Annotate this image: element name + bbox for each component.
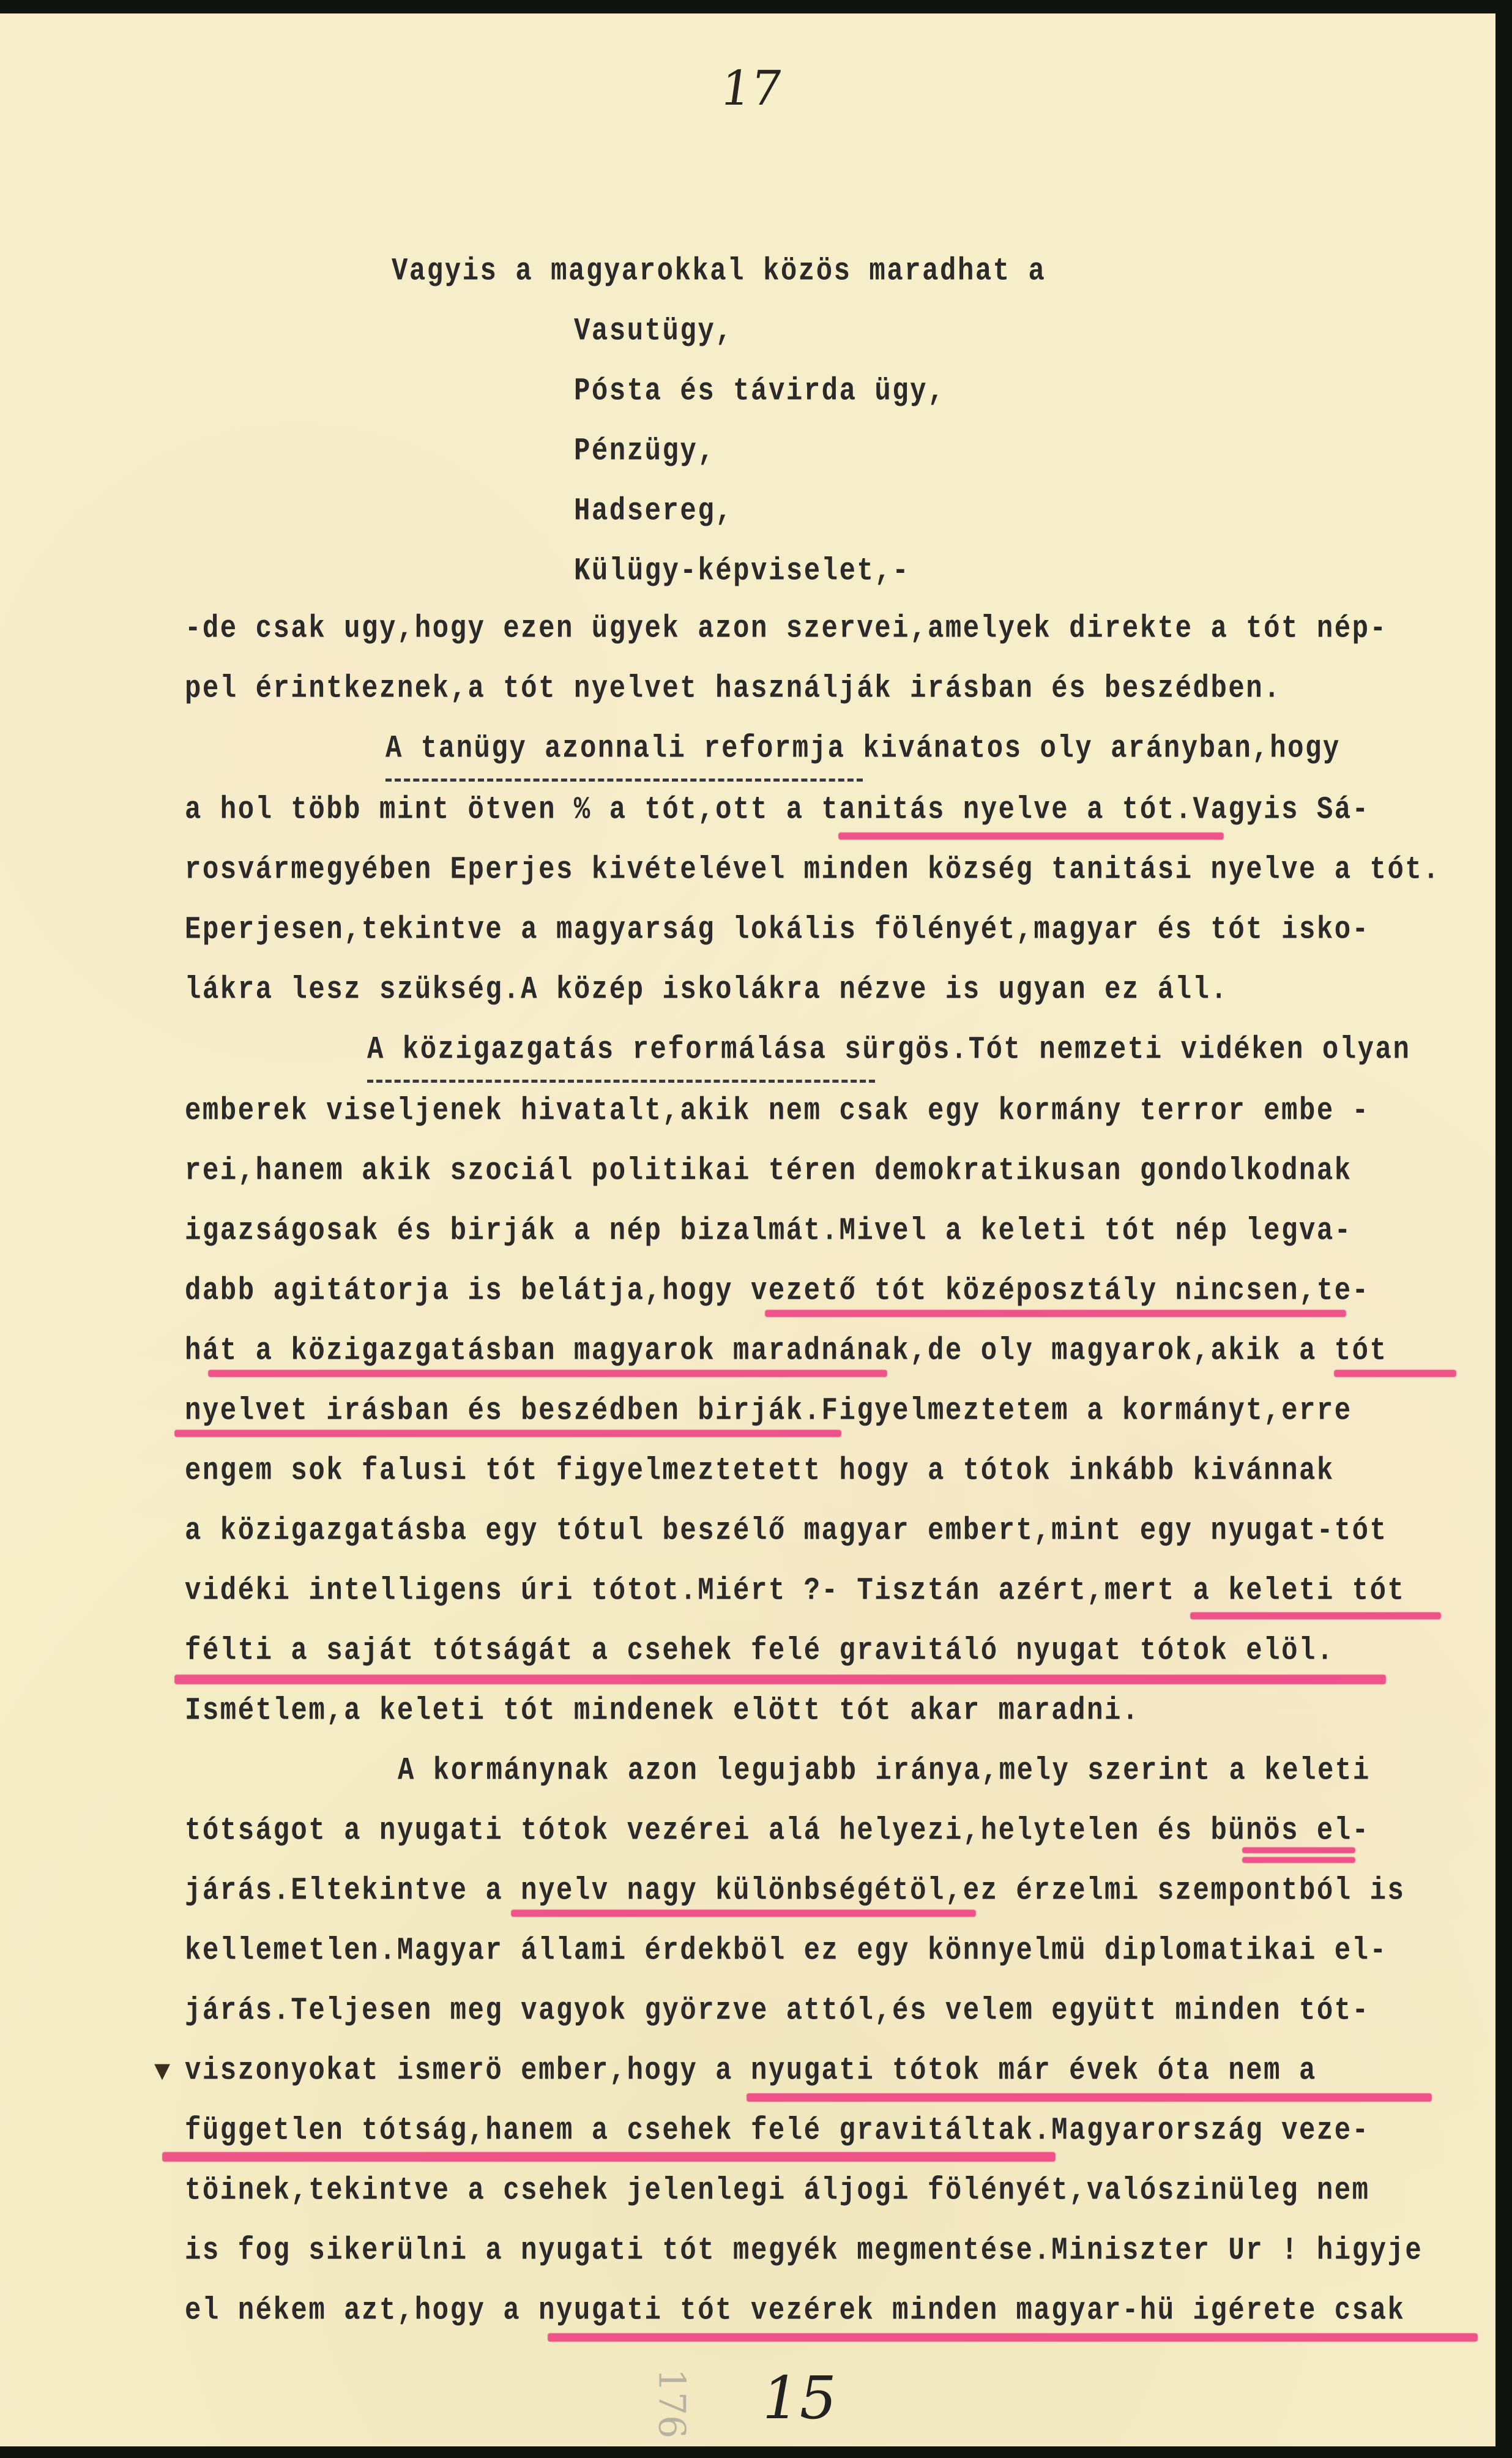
typed-underline	[385, 779, 863, 782]
list-item: Külügy-képviselet,-	[574, 553, 910, 589]
pink-highlight	[162, 2152, 1056, 2162]
text-line: engem sok falusi tót figyelmeztetett hog…	[185, 1453, 1335, 1489]
list-item: Vasutügy,	[574, 313, 733, 349]
text-line: független tótság,hanem a csehek felé gra…	[185, 2113, 1370, 2149]
text-line: félti a saját tótságát a csehek felé gra…	[185, 1633, 1335, 1669]
pink-highlight	[1242, 1857, 1355, 1863]
text-line: tótságot a nyugati tótok vezérei alá hel…	[185, 1813, 1370, 1849]
pink-highlight	[1242, 1847, 1355, 1853]
list-item: Pósta és távirda ügy,	[574, 373, 945, 409]
text-line: dabb agitátorja is belátja,hogy vezető t…	[185, 1273, 1370, 1309]
intro-line: Vagyis a magyarokkal közös maradhat a	[392, 253, 1046, 290]
text-line: rosvármegyében Eperjes kivételével minde…	[185, 852, 1440, 888]
pink-highlight	[838, 832, 1224, 840]
margin-mark: ▾	[154, 2052, 170, 2088]
pencil-note: 176	[650, 2369, 693, 2439]
text-line: hát a közigazgatásban magyarok maradnána…	[185, 1333, 1388, 1369]
paragraph-start: A kormánynak azon legujabb iránya,mely s…	[398, 1753, 1371, 1789]
pink-highlight	[747, 2093, 1432, 2102]
pink-highlight	[765, 1310, 1346, 1317]
paragraph-start: A tanügy azonnali reformja kivánatos oly…	[385, 731, 1341, 767]
text-line: járás.Teljesen meg vagyok györzve attól,…	[185, 1993, 1370, 2029]
text-line: Eperjesen,tekintve a magyarság lokális f…	[185, 912, 1370, 948]
document-page: 17 Vagyis a magyarokkal közös maradhat a…	[0, 13, 1495, 2446]
text-line: a közigazgatásba egy tótul beszélő magya…	[185, 1513, 1388, 1549]
text-line: el nékem azt,hogy a nyugati tót vezérek …	[185, 2293, 1405, 2329]
text-line: -de csak ugy,hogy ezen ügyek azon szerve…	[185, 611, 1388, 647]
text-line: viszonyokat ismerö ember,hogy a nyugati …	[185, 2053, 1317, 2089]
list-item: Pénzügy,	[574, 433, 715, 469]
pink-highlight	[511, 1910, 976, 1917]
text-line: a hol több mint ötven % a tót,ott a tani…	[185, 792, 1370, 828]
list-item: Hadsereg,	[574, 493, 733, 529]
text-line: kellemetlen.Magyar állami érdekböl ez eg…	[185, 1933, 1388, 1969]
typed-underline	[367, 1080, 875, 1083]
text-line: járás.Eltekintve a nyelv nagy különbségé…	[185, 1873, 1405, 1909]
pink-highlight	[174, 1430, 841, 1437]
text-line: vidéki intelligens úri tótot.Miért ?- Ti…	[185, 1573, 1405, 1609]
pink-highlight	[1190, 1612, 1441, 1619]
text-line: rei,hanem akik szociál politikai téren d…	[185, 1153, 1352, 1189]
paragraph-start: A közigazgatás reformálása sürgös.Tót ne…	[367, 1032, 1410, 1068]
text-line: emberek viseljenek hivatalt,akik nem csa…	[185, 1093, 1370, 1129]
text-line: lákra lesz szükség.A közép iskolákra néz…	[185, 972, 1228, 1008]
text-line: Ismétlem,a keleti tót mindenek elött tót…	[185, 1693, 1140, 1729]
pink-highlight	[208, 1370, 887, 1377]
text-line: is fog sikerülni a nyugati tót megyék me…	[185, 2233, 1423, 2269]
pink-highlight	[174, 1675, 1386, 1684]
pink-highlight	[548, 2333, 1478, 2342]
text-line: igazságosak és birják a nép bizalmát.Miv…	[185, 1213, 1352, 1249]
pink-highlight	[1334, 1370, 1456, 1377]
text-line: nyelvet irásban és beszédben birják.Figy…	[185, 1393, 1352, 1429]
text-line: pel érintkeznek,a tót nyelvet használják…	[185, 671, 1281, 707]
handwritten-page-number-top: 17	[717, 61, 786, 116]
handwritten-page-number-bottom: 15	[756, 2364, 843, 2432]
text-line: töinek,tekintve a csehek jelenlegi áljog…	[185, 2173, 1370, 2209]
